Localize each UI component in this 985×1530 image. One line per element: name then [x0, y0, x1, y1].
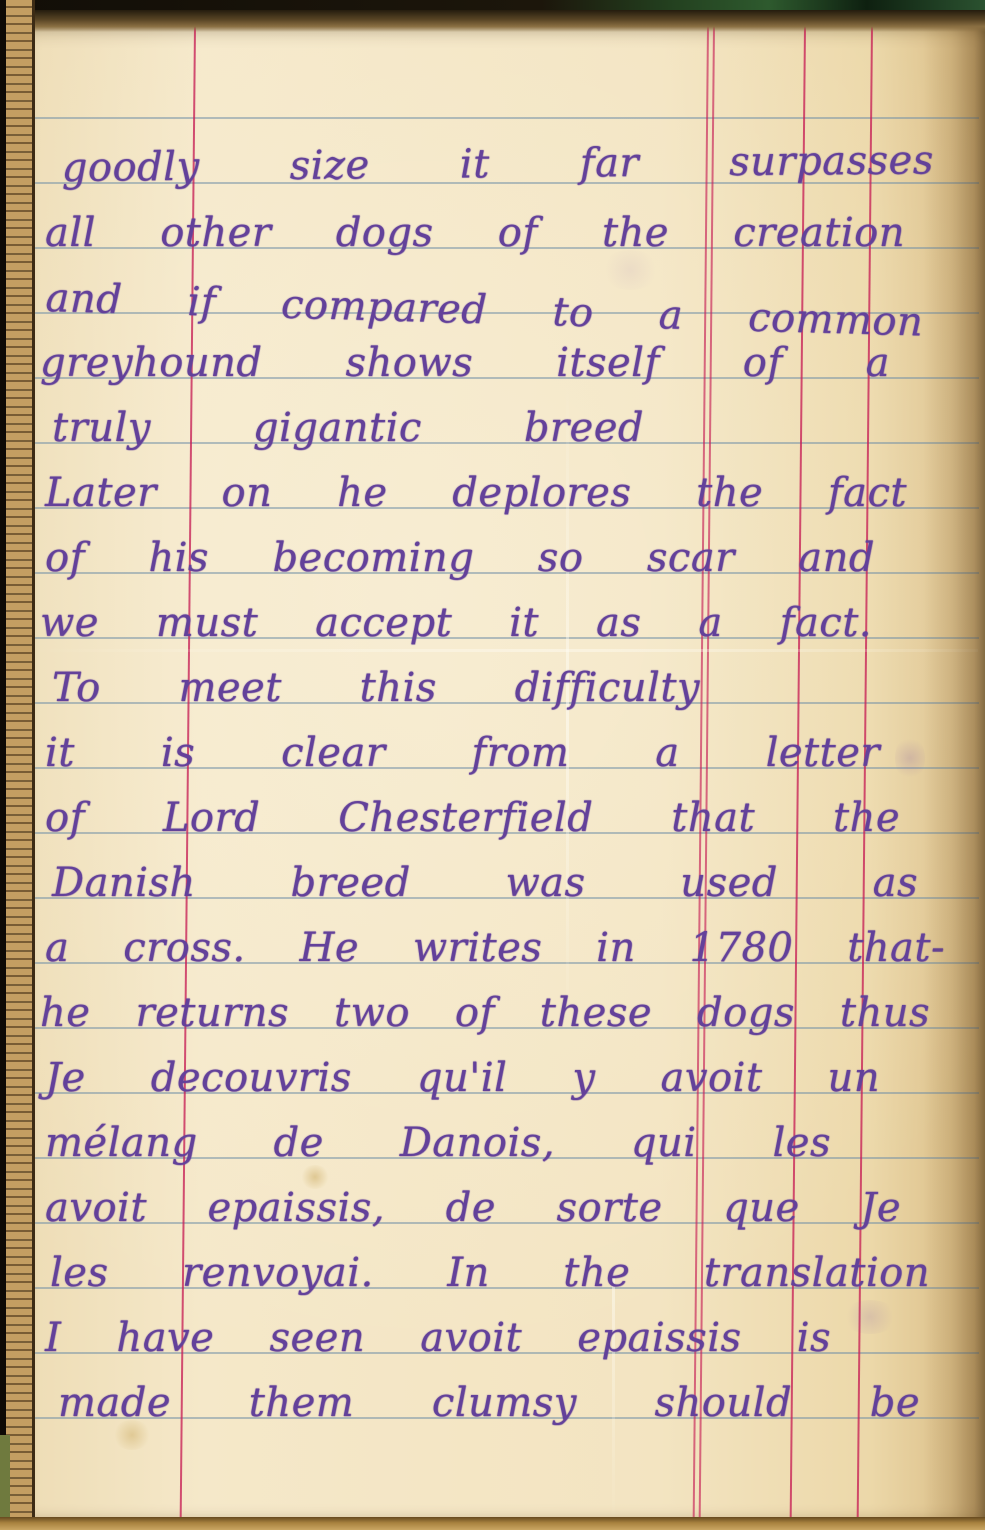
handwritten-line: To meet this difficulty	[52, 665, 700, 711]
handwritten-line: we must accept it as a fact.	[40, 600, 872, 646]
handwritten-line: Je decouvris qu'il y avoit un	[45, 1055, 880, 1101]
handwritten-line: Danish breed was used as	[52, 860, 918, 906]
handwritten-line: goodly size it far surpasses	[62, 137, 934, 191]
handwritten-line: greyhound shows itself of a	[40, 340, 890, 386]
book-bottom-edge	[0, 1517, 985, 1530]
book-binding-page-stack	[5, 0, 35, 1530]
handwritten-line: made them clumsy should be	[58, 1380, 920, 1426]
handwritten-line: mélang de Danois, qui les	[45, 1120, 831, 1166]
book-top-edge	[0, 10, 985, 32]
handwritten-line: les renvoyai. In the translation	[50, 1250, 930, 1296]
handwritten-line: and if compared to a common	[45, 275, 924, 345]
handwritten-line: truly gigantic breed	[52, 405, 644, 451]
handwritten-line: all other dogs of the creation	[45, 210, 905, 256]
notebook-page-scan: goodly size it far surpasses all other d…	[0, 0, 985, 1530]
handwritten-line: of Lord Chesterfield that the	[45, 795, 900, 841]
background-surface-sliver	[0, 1435, 10, 1530]
handwritten-line: a cross. He writes in 1780 that-	[45, 925, 945, 971]
handwritten-line: it is clear from a letter	[45, 730, 880, 776]
handwritten-line: he returns two of these dogs thus	[40, 990, 930, 1036]
handwritten-line: Later on he deplores the fact	[45, 470, 907, 516]
handwritten-line: of his becoming so scar and	[45, 535, 875, 581]
handwritten-line: avoit epaissis, de sorte que Je	[45, 1185, 901, 1231]
page-curl-shadow	[923, 24, 985, 1522]
handwritten-line: I have seen avoit epaissis is	[45, 1315, 831, 1361]
handwritten-text-block: goodly size it far surpasses all other d…	[0, 0, 985, 1530]
book-spine-edge	[0, 0, 6, 1530]
